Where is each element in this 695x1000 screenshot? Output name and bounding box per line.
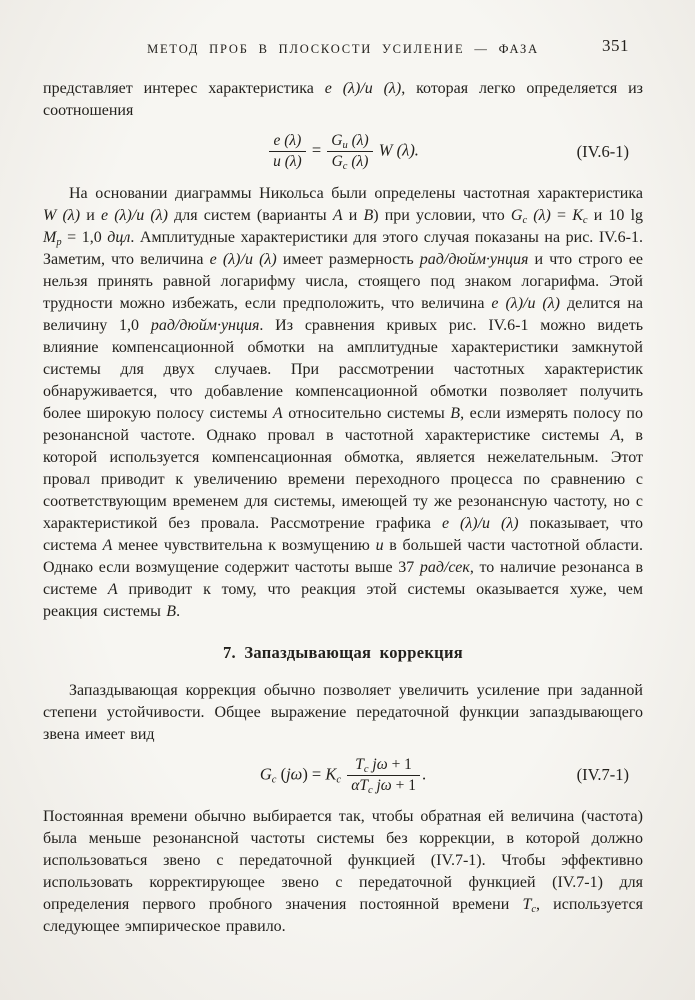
math-run: (λ) — [280, 132, 301, 149]
page-number: 351 — [602, 36, 629, 56]
equation: e (λ)u (λ) = Gu (λ)Gc (λ) W (λ).(IV.6-1) — [43, 132, 643, 172]
math-run: (λ) — [527, 207, 551, 224]
text-run: относительно системы — [283, 405, 451, 422]
equation-body: e (λ)u (λ) = Gu (λ)Gc (λ) W (λ). — [267, 132, 419, 172]
math-run: (λ) — [348, 132, 369, 149]
math-run: рад/дюйм·унция — [420, 251, 529, 268]
math-run: e (λ)/u (λ) — [101, 207, 168, 224]
math-run: e (λ)/u (λ) — [491, 295, 560, 312]
math-run: рад/сек — [420, 559, 470, 576]
paragraph: На основании диаграммы Никольса были опр… — [43, 183, 643, 623]
text-run: На основании диаграммы Никольса были опр… — [69, 185, 643, 202]
text-run: + 1 — [392, 777, 416, 794]
paragraph: Постоянная времени обычно выбирается так… — [43, 806, 643, 938]
math-run: (λ) — [281, 153, 302, 170]
text-run: и — [343, 207, 364, 224]
math-run: B — [363, 207, 373, 224]
running-header: МЕТОД ПРОБ В ПЛОСКОСТИ УСИЛЕНИЕ — ФАЗА 3… — [43, 40, 643, 60]
paragraph: представляет интерес характеристика e (λ… — [43, 78, 643, 122]
math-run: jω — [377, 777, 392, 794]
fraction: Tc jω + 1αTc jω + 1 — [347, 756, 420, 796]
paragraph: Запаздывающая коррекция обычно позволяет… — [43, 680, 643, 746]
math-run: A — [103, 537, 113, 554]
book-page: МЕТОД ПРОБ В ПЛОСКОСТИ УСИЛЕНИЕ — ФАЗА 3… — [0, 0, 695, 1000]
text-run: представляет интерес характеристика — [43, 80, 325, 97]
math-run: (λ) — [347, 153, 368, 170]
math-run: M — [43, 229, 56, 246]
math-run: u — [273, 153, 281, 170]
math-run: W — [43, 207, 56, 224]
math-run: A — [273, 405, 283, 422]
section-heading: 7. Запаздывающая коррекция — [43, 643, 643, 663]
math-run: дцл — [107, 229, 130, 246]
text-run: и — [80, 207, 101, 224]
fraction-numerator: Tc jω + 1 — [347, 756, 420, 776]
math-run: G — [260, 764, 272, 783]
math-run: B — [450, 405, 460, 422]
equation-body: Gc (jω) = Kc Tc jω + 1αTc jω + 1. — [260, 756, 426, 796]
text-run: менее чувствительна к возмущению — [112, 537, 375, 554]
text-run — [341, 764, 345, 783]
math-run: e (λ)/u (λ) — [442, 515, 519, 532]
math-run: u — [376, 537, 384, 554]
text-run: для систем (варианты — [168, 207, 333, 224]
text-run: . — [422, 764, 426, 783]
text-run: и 10 lg — [588, 207, 643, 224]
math-run: G — [511, 207, 523, 224]
text-run: = — [308, 141, 326, 160]
fraction-denominator: u (λ) — [269, 152, 306, 171]
math-run: T — [355, 756, 364, 773]
math-run: A — [333, 207, 343, 224]
text-run: + 1 — [388, 756, 412, 773]
text-run: приводит к тому, что реакция этой систем… — [43, 581, 643, 620]
text-run: ) при условии, что — [373, 207, 511, 224]
equation-number: (IV.7-1) — [577, 766, 629, 784]
math-run: G — [331, 132, 342, 149]
math-run: T — [359, 777, 368, 794]
fraction-numerator: e (λ) — [269, 132, 306, 152]
math-run: e (λ)/u (λ) — [325, 80, 401, 97]
math-run: B — [166, 603, 176, 620]
page-content: представляет интерес характеристика e (λ… — [43, 78, 643, 938]
math-run: K — [325, 764, 336, 783]
fraction-numerator: Gu (λ) — [327, 132, 372, 152]
running-title: МЕТОД ПРОБ В ПЛОСКОСТИ УСИЛЕНИЕ — ФАЗА — [147, 42, 539, 56]
math-run: A — [610, 427, 620, 444]
text-run: . — [176, 603, 180, 620]
fraction: Gu (λ)Gc (λ) — [327, 132, 372, 172]
fraction-denominator: αTc jω + 1 — [347, 776, 420, 795]
equation-number: (IV.6-1) — [577, 143, 629, 161]
math-run: e (λ)/u (λ) — [210, 251, 277, 268]
text-run: = 1,0 — [62, 229, 108, 246]
text-run: ( — [276, 764, 286, 783]
math-run: K — [572, 207, 583, 224]
math-run: jω — [372, 756, 387, 773]
equation: Gc (jω) = Kc Tc jω + 1αTc jω + 1.(IV.7-1… — [43, 756, 643, 796]
math-run: W — [379, 141, 393, 160]
math-run: (λ). — [393, 141, 419, 160]
text-run: = — [551, 207, 572, 224]
math-run: рад/дюйм·унция — [151, 317, 260, 334]
math-run: G — [332, 153, 343, 170]
fraction-denominator: Gc (λ) — [327, 152, 372, 171]
fraction: e (λ)u (λ) — [269, 132, 306, 172]
math-run: (λ) — [56, 207, 80, 224]
math-run: jω — [286, 764, 302, 783]
math-run: A — [108, 581, 118, 598]
text-run: ) = — [302, 764, 325, 783]
text-run: имеет размерность — [277, 251, 420, 268]
text-run: Запаздывающая коррекция обычно позволяет… — [43, 682, 643, 743]
